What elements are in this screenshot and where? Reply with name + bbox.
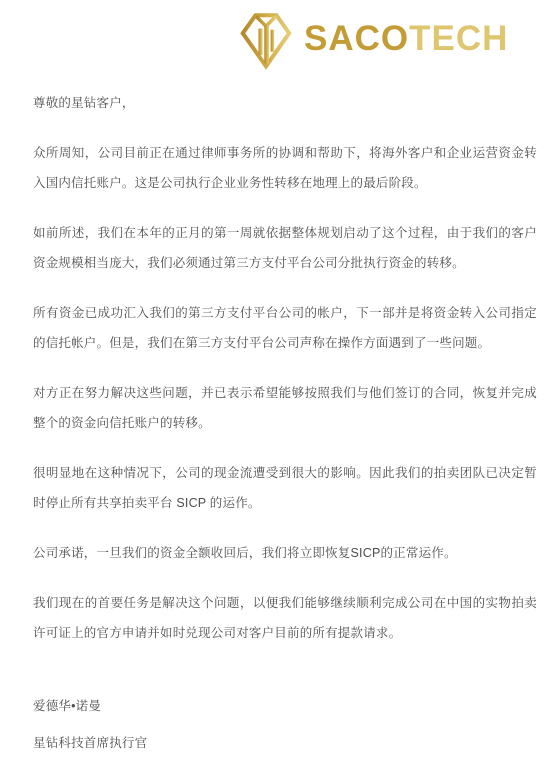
letter-page: SACOTECH 尊敬的星钻客户， 众所周知，公司目前正在通过律师事务所的协调和… bbox=[0, 0, 558, 780]
wordmark-left: SACO bbox=[304, 19, 409, 58]
paragraph-5: 很明显地在这种情况下，公司的现金流遭受到很大的影响。因此我们的拍卖团队已决定暂时… bbox=[33, 458, 537, 518]
logo: SACOTECH bbox=[0, 0, 558, 70]
letter-body: 尊敬的星钻客户， 众所周知，公司目前正在通过律师事务所的协调和帮助下，将海外客户… bbox=[0, 70, 558, 758]
wordmark-right: TECH bbox=[409, 19, 508, 58]
salutation: 尊敬的星钻客户， bbox=[33, 88, 537, 118]
paragraph-6: 公司承诺，一旦我们的资金全额收回后，我们将立即恢复SICP的正常运作。 bbox=[33, 538, 537, 568]
paragraph-2: 如前所述，我们在本年的正月的第一周就依据整体规划启动了这个过程，由于我们的客户资… bbox=[33, 218, 537, 278]
signature-name: 爱德华•诺曼 bbox=[33, 691, 537, 721]
paragraph-4: 对方正在努力解决这些问题，并已表示希望能够按照我们与他们签订的合同，恢复并完成整… bbox=[33, 378, 537, 438]
paragraph-7: 我们现在的首要任务是解决这个问题，以便我们能够继续顺利完成公司在中国的实物拍卖许… bbox=[33, 588, 537, 648]
logo-wordmark: SACOTECH bbox=[304, 8, 508, 70]
signature-block: 爱德华•诺曼 星钻科技首席执行官 bbox=[33, 691, 535, 758]
paragraph-3: 所有资金已成功汇入我们的第三方支付平台公司的帐户，下一部并是将资金转入公司指定的… bbox=[33, 298, 537, 358]
signature-title: 星钻科技首席执行官 bbox=[33, 728, 537, 758]
paragraph-1: 众所周知，公司目前正在通过律师事务所的协调和帮助下，将海外客户和企业运营资金转入… bbox=[33, 138, 537, 198]
diamond-buildings-icon bbox=[237, 8, 295, 70]
